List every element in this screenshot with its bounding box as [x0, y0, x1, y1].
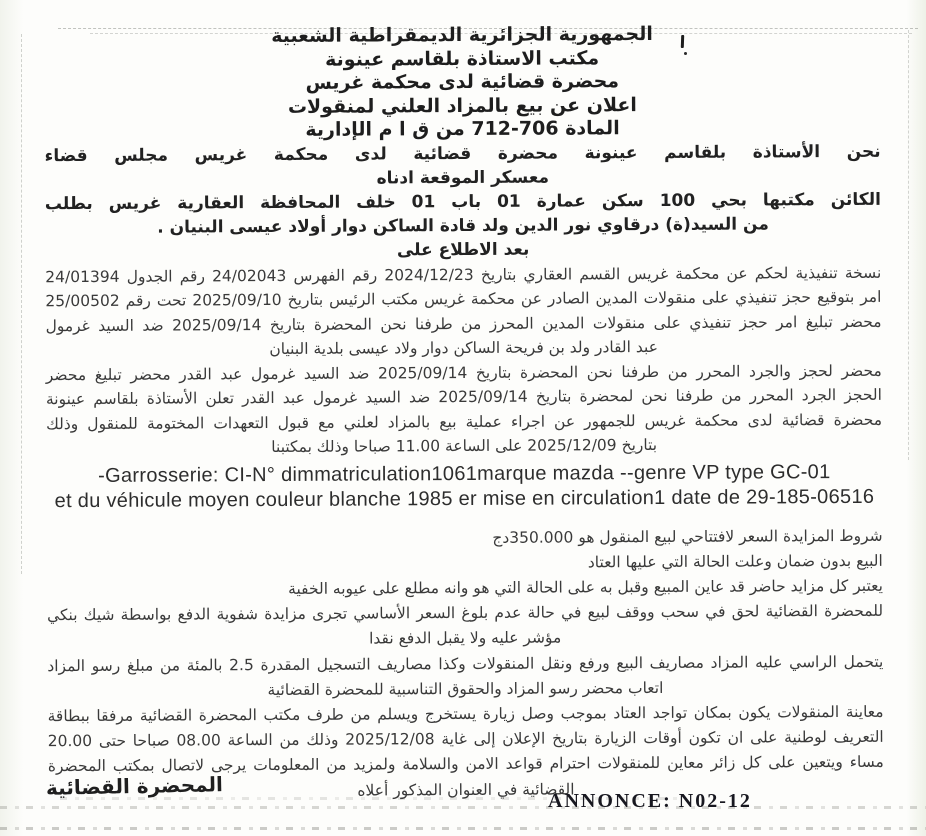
scan-border-left [21, 34, 22, 574]
annonce-reference: ANNONCE: N02-12 [548, 790, 752, 813]
scanned-judicial-announcement: الجمهورية الجزائرية الديمقراطية الشعبية … [0, 0, 926, 836]
intro-section: نحن الأستاذة بلقاسم عينونة محضرة قضائية … [45, 139, 882, 263]
attendu-line: امر بتوقيع حجز تنفيذي على منقولات المدين… [45, 285, 881, 314]
attendu-line: محضرة قضائية لدى محكمة غريس للجمهور عن ا… [46, 407, 882, 436]
auction-conditions-section: شروط المزايدة السعر لافتتاحي لبيع المنقو… [47, 523, 884, 805]
intro-requester: من السيد(ة) درقاوي نور الدين ولد قادة ال… [45, 211, 881, 239]
scan-edge-left [0, 0, 26, 836]
attendu-line: محضر تبليغ امر حجز تنفيذي على منقولات ال… [45, 309, 881, 338]
condition-line: للمحضرة القضائية لحق في سحب ووقف لبيع في… [47, 599, 883, 629]
vehicle-description: -Garrosserie: CI-N° dimmatriculation1061… [46, 459, 882, 513]
intro-after-review: بعد الاطلاع على [45, 235, 881, 263]
intro-line: نحن الأستاذة بلقاسم عينونة محضرة قضائية … [45, 139, 881, 167]
bailiff-signature: المحضرة القضائية [46, 772, 223, 800]
attendu-line: الحجز الجرد المحرر من طرفنا نحن لمحضرة ب… [46, 383, 882, 412]
vehicle-line-2: et du véhicule moyen couleur blanche 198… [46, 484, 882, 513]
vehicle-line-1: -Garrosserie: CI-N° dimmatriculation1061… [46, 459, 882, 488]
condition-opening-price: شروط المزايدة السعر لافتتاحي لبيع المنقو… [47, 523, 883, 553]
auction-date-line: بتاريخ 2025/12/09 على الساعة 11.00 صباحا… [46, 432, 882, 461]
document-footer: المحضرة القضائية ANNONCE: N02-12 [0, 768, 926, 828]
legal-references-section: نسخة تنفيذية لحكم عن محكمة غريس القسم ال… [45, 260, 882, 460]
scan-border-right [908, 30, 909, 460]
document-header: الجمهورية الجزائرية الديمقراطية الشعبية … [44, 22, 881, 144]
document-content: الجمهورية الجزائرية الديمقراطية الشعبية … [44, 22, 884, 805]
intro-office-address: الكائن مكتبها بحي 100 سكن عمارة 01 باب 0… [45, 187, 881, 215]
condition-line: يتحمل الراسي عليه المزاد مصاريف البيع ور… [47, 649, 883, 679]
